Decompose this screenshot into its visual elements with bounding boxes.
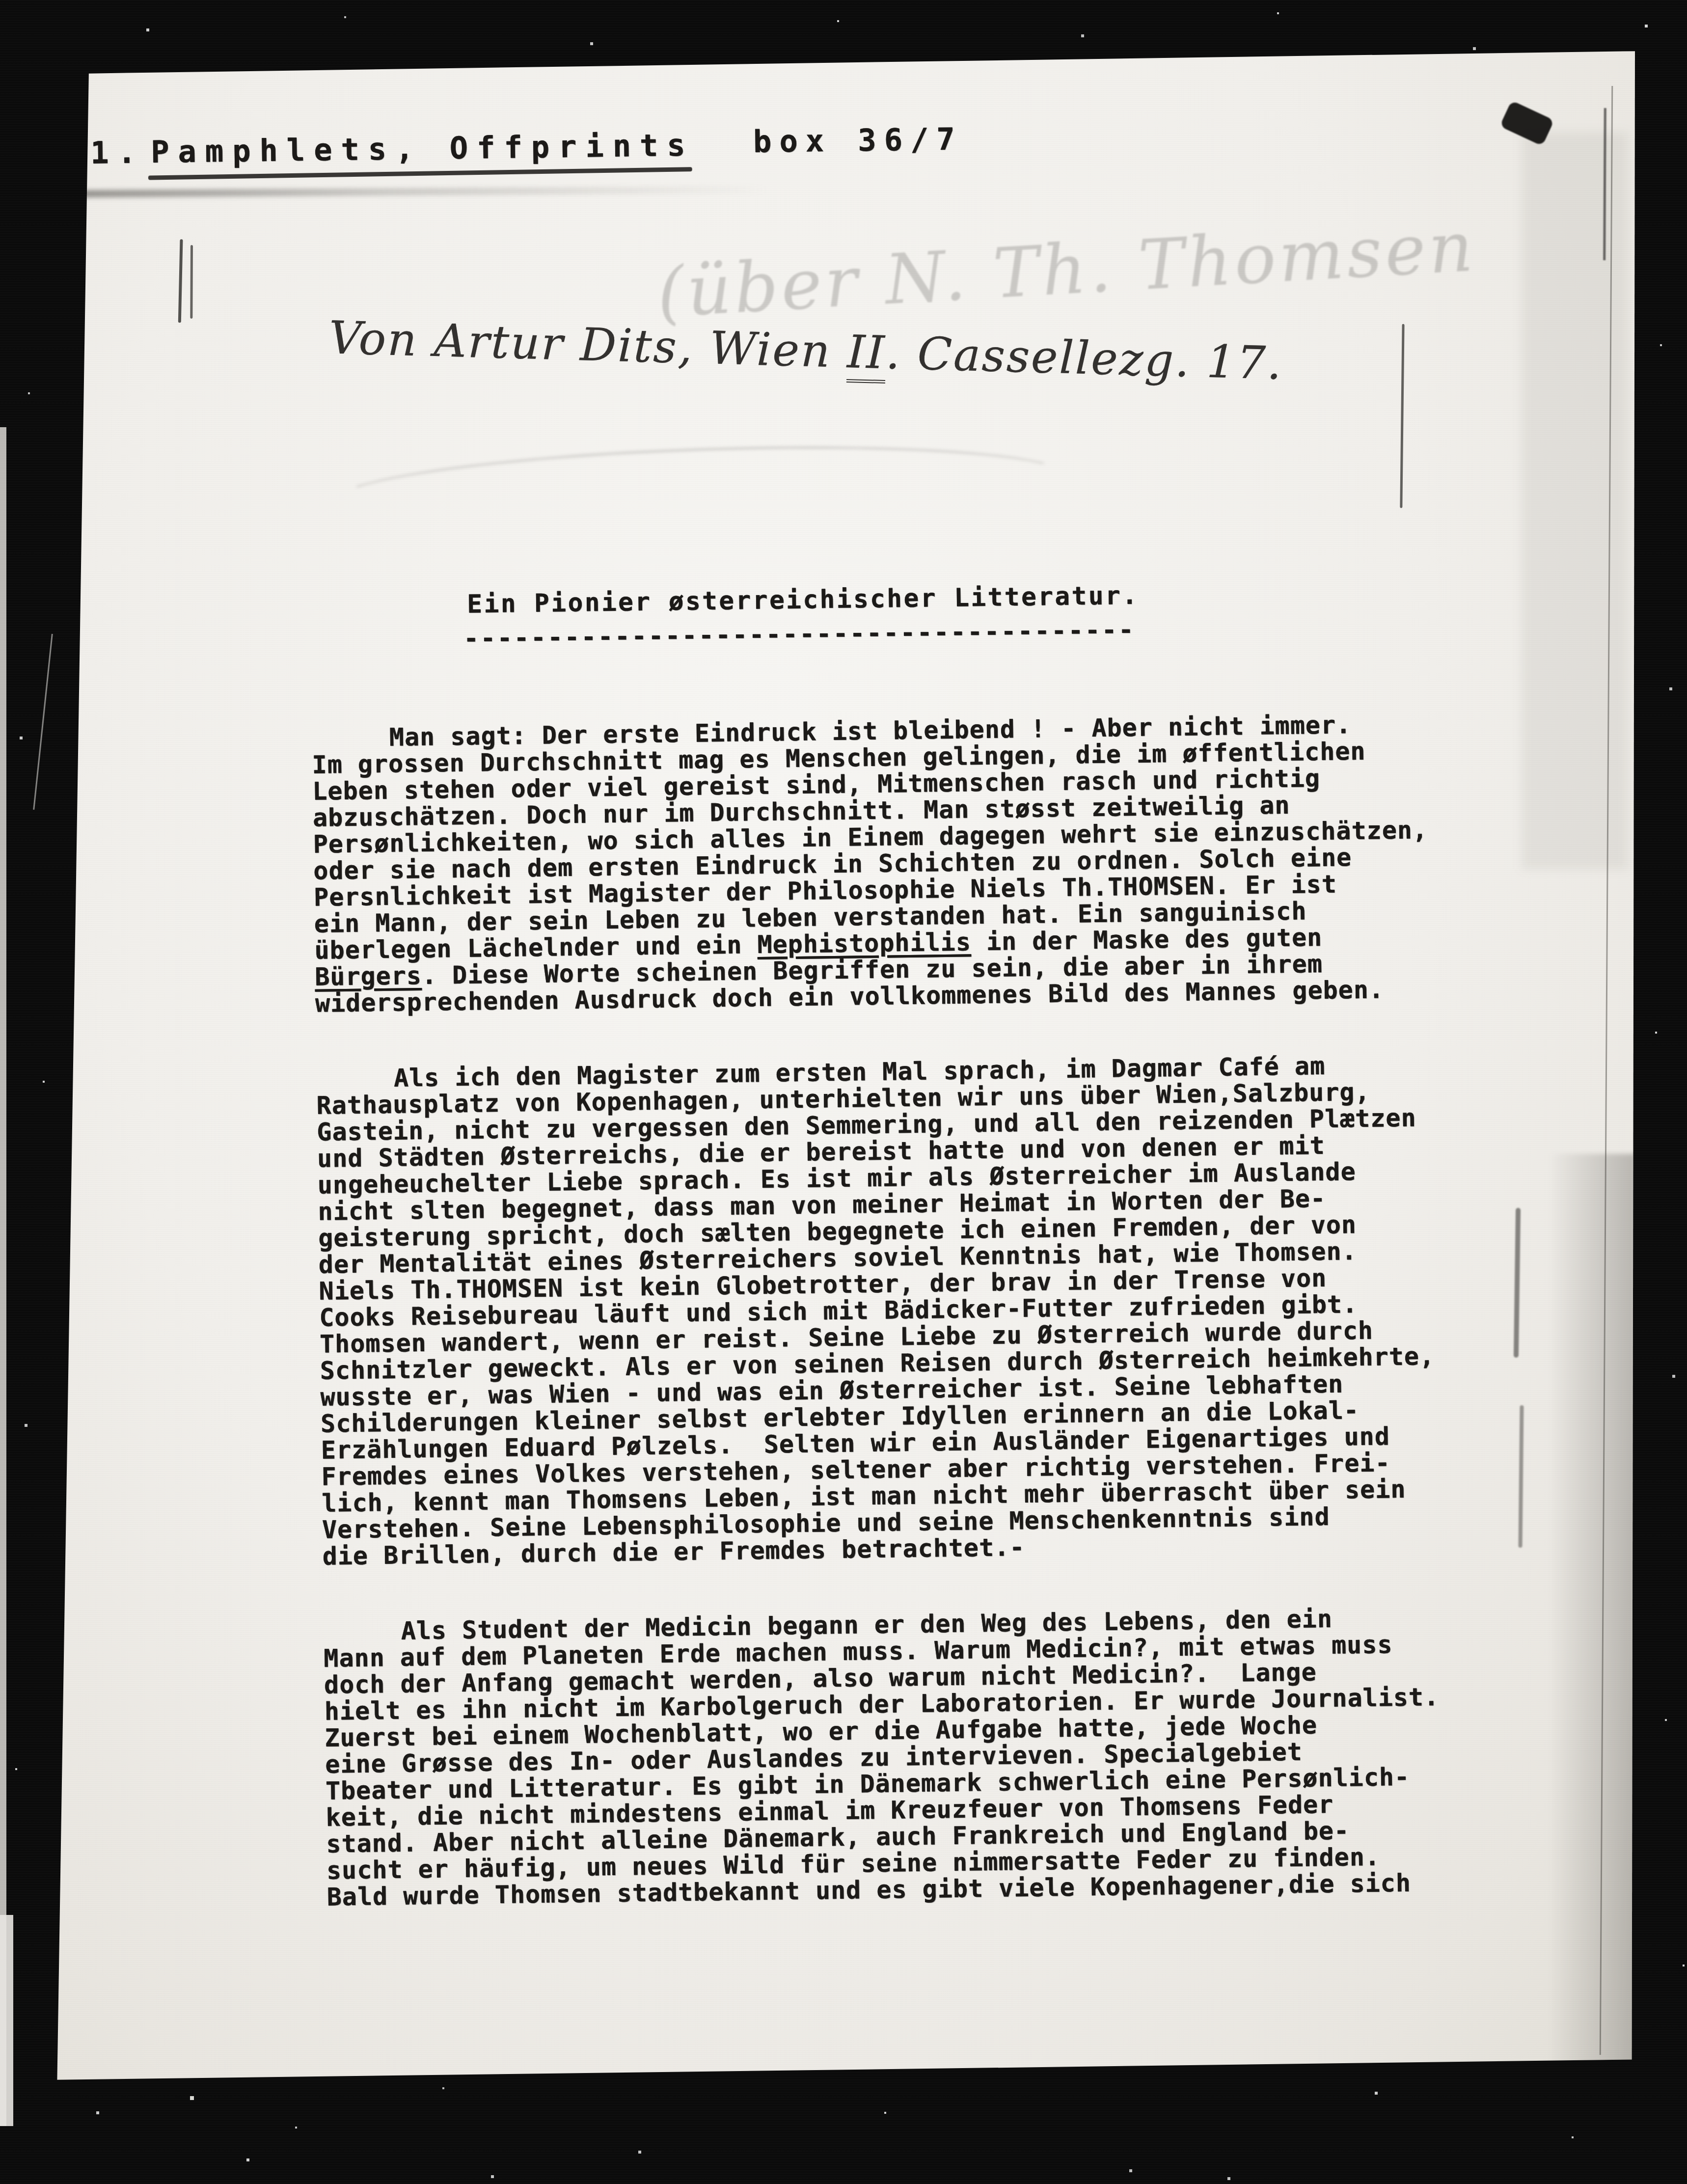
pen-stroke-mark: [1400, 324, 1404, 508]
pencil-annotation: (über N. Th. Thomsen: [655, 207, 1478, 333]
film-specks: [0, 0, 1, 1]
archive-header-box: box 36/7: [753, 121, 963, 160]
scan-background: 1. Pamphlets, Offprints box 36/7 (über N…: [0, 0, 1687, 2184]
scanner-edge-artifact: [0, 427, 6, 2126]
page-content: 1. Pamphlets, Offprints box 36/7 (über N…: [42, 29, 1650, 2082]
scratch-artifact: [33, 634, 53, 810]
document-page: 1. Pamphlets, Offprints box 36/7 (über N…: [54, 49, 1635, 2082]
ink-annotation-underlined: II: [846, 326, 887, 383]
pen-stroke-mark: [190, 245, 193, 319]
paragraph: Man sagt: Der erste Eindruck ist bleiben…: [312, 710, 1494, 1016]
scanner-edge-artifact: [0, 1915, 13, 2126]
pen-stroke-mark: [178, 239, 183, 323]
typescript-body: Man sagt: Der erste Eindruck ist bleiben…: [312, 710, 1505, 1910]
ink-annotation-text: . Cassellezg. 17.: [885, 327, 1284, 390]
paragraph: Als ich den Magister zum ersten Mal spra…: [316, 1050, 1501, 1569]
paragraph: Als Student der Medicin begann er den We…: [323, 1603, 1505, 1910]
smudge-mark: [61, 186, 768, 198]
pencil-smear: [329, 436, 1072, 544]
document-title: Ein Pionier østerreichischer Litteratur.: [467, 581, 1139, 619]
archive-header-number: 1.: [90, 134, 145, 170]
archive-header-title: Pamphlets, Offprints: [151, 127, 694, 170]
title-underline-dashes: ----------------------------------------: [463, 616, 1136, 654]
header-underline: [148, 167, 692, 180]
